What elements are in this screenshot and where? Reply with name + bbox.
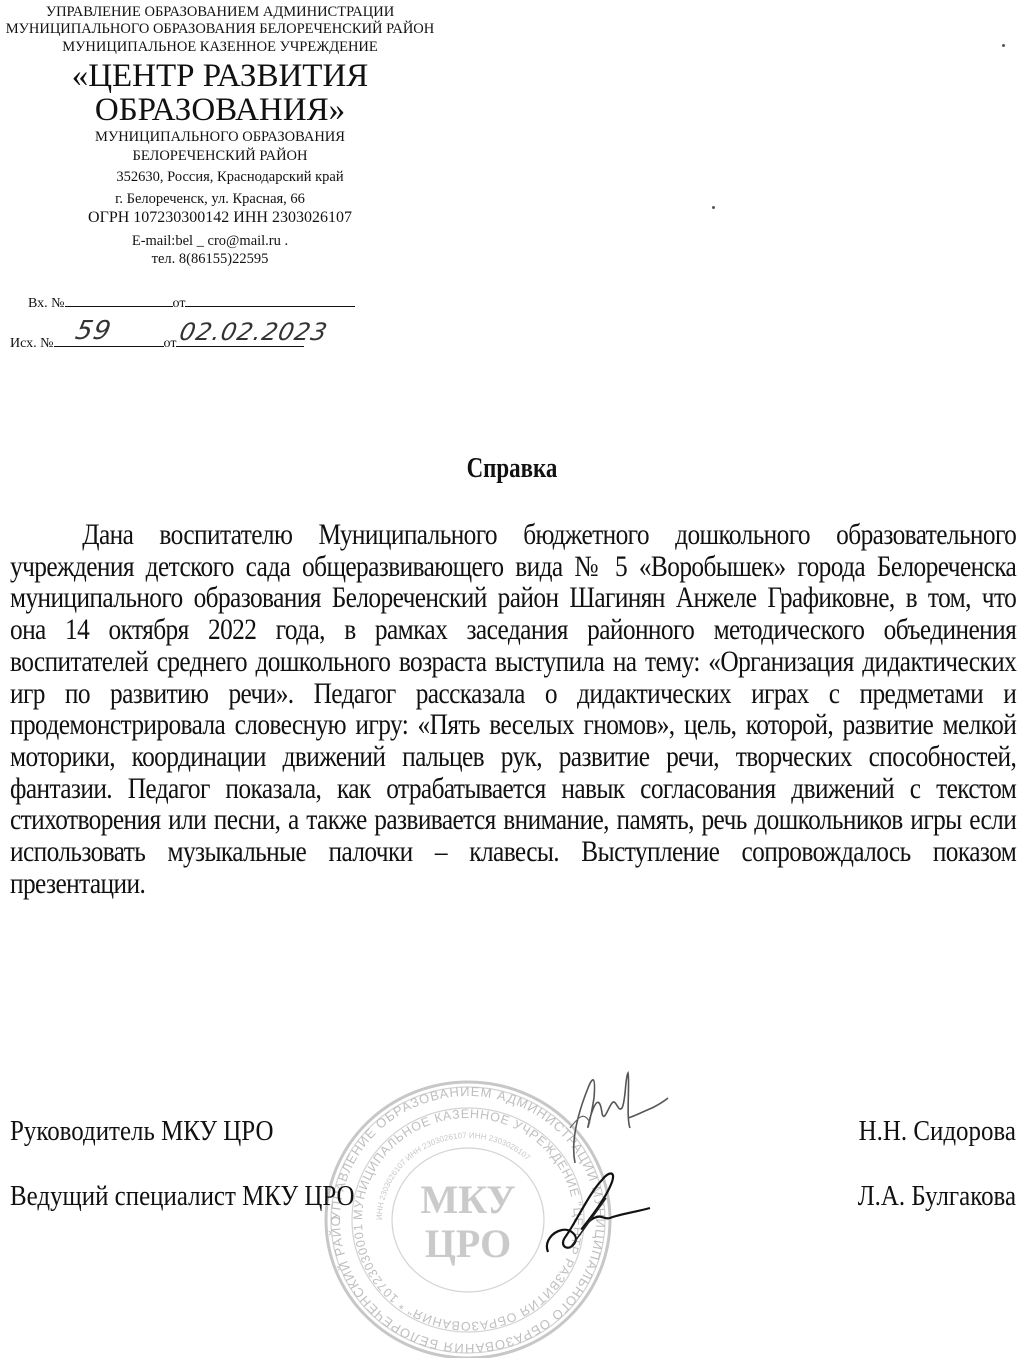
specialist-signature (540, 1162, 660, 1257)
outgoing-date-field[interactable]: 02.02.2023 (176, 332, 304, 347)
letterhead-line-1: УПРАВЛЕНИЕ ОБРАЗОВАНИЕМ АДМИНИСТРАЦИИ (0, 5, 440, 20)
email: E-mail:bel _ cro@mail.ru . (0, 234, 430, 249)
registration-ids: ОГРН 107230300142 ИНН 2303026107 (0, 210, 440, 226)
incoming-registration-row: Вх. №от (28, 292, 355, 312)
stamp-center-line-2: ЦРО (425, 1221, 511, 1266)
director-signature (530, 1068, 670, 1168)
document-title: Справка (92, 453, 932, 485)
org-name-line-1: «ЦЕНТР РАЗВИТИЯ (0, 60, 440, 93)
body-paragraph: Дана воспитателю Муниципального бюджетно… (10, 520, 1016, 900)
phone: тел. 8(86155)22595 (0, 252, 430, 267)
address-line-1: 352630, Россия, Краснодарский край (10, 170, 450, 185)
scan-speck (712, 206, 715, 209)
incoming-from-label: от (173, 296, 186, 311)
incoming-date-field[interactable] (185, 292, 355, 307)
signatory-name: Н.Н. Сидорова (859, 1115, 1016, 1148)
signatory-role: Ведущий специалист МКУ ЦРО (10, 1180, 355, 1213)
signatory-name: Л.А. Булгакова (858, 1180, 1016, 1213)
letterhead-line-5: БЕЛОРЕЧЕНСКИЙ РАЙОН (0, 149, 440, 164)
outgoing-from-label: от (164, 336, 177, 351)
address-line-2: г. Белореченск, ул. Красная, 66 (0, 192, 430, 207)
incoming-label: Вх. № (28, 296, 65, 311)
org-name-line-2: ОБРАЗОВАНИЯ» (0, 94, 440, 127)
outgoing-date-handwritten: 02.02.2023 (177, 318, 330, 346)
letterhead-line-2: МУНИЦИПАЛЬНОГО ОБРАЗОВАНИЯ БЕЛОРЕЧЕНСКИЙ… (0, 22, 440, 37)
incoming-number-field[interactable] (65, 292, 173, 307)
stamp-center-line-1: МКУ (420, 1177, 515, 1222)
outgoing-label: Исх. № (10, 336, 54, 351)
signatory-role: Руководитель МКУ ЦРО (10, 1115, 273, 1148)
outgoing-number-field[interactable]: 59 (54, 332, 164, 347)
letterhead-line-3: МУНИЦИПАЛЬНОЕ КАЗЕННОЕ УЧРЕЖДЕНИЕ (0, 40, 440, 55)
scan-speck (1002, 44, 1005, 47)
outgoing-registration-row: Исх. №59от02.02.2023 (10, 332, 304, 352)
letterhead-line-4: МУНИЦИПАЛЬНОГО ОБРАЗОВАНИЯ (0, 130, 440, 145)
outgoing-number-handwritten: 59 (72, 316, 113, 346)
document-body: Дана воспитателю Муниципального бюджетно… (10, 520, 1016, 900)
